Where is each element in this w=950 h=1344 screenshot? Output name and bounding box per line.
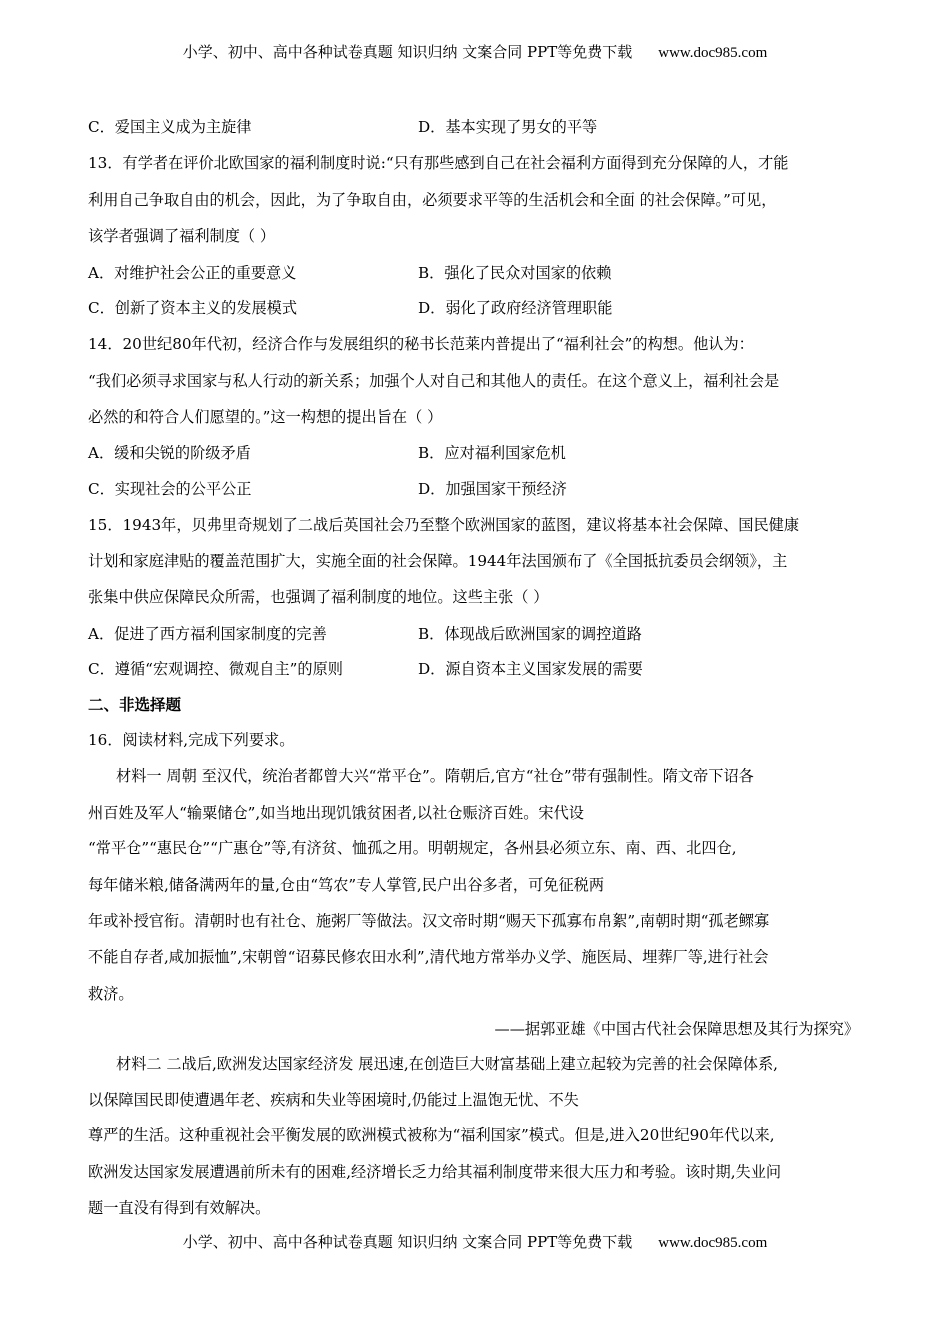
page-header: 小学、初中、高中各种试卷真题 知识归纳 文案合同 PPT等免费下载www.doc… bbox=[0, 41, 950, 62]
q16-material2-line-3: 尊严的生活。这种重视社会平衡发展的欧洲模式被称为“福利国家”模式。但是,进入20… bbox=[88, 1125, 775, 1145]
q13-option-b: B．强化了民众对国家的依赖 bbox=[418, 263, 611, 283]
q13-stem-line-3: 该学者强调了福利制度（ ） bbox=[88, 226, 275, 246]
q16-material2-line-4: 欧洲发达国家发展遭遇前所未有的困难,经济增长乏力给其福利制度带来很大压力和考验。… bbox=[88, 1162, 781, 1182]
q15-option-d: D．源自资本主义国家发展的需要 bbox=[418, 659, 643, 679]
q15-stem-line-1: 15．1943年，贝弗里奇规划了二战后英国社会乃至整个欧洲国家的蓝图，建议将基本… bbox=[88, 515, 799, 535]
q16-material1-line-5: 年或补授官衔。清朝时也有社仓、施粥厂等做法。汉文帝时期“赐天下孤寡布帛絮”,南朝… bbox=[88, 911, 769, 931]
q16-intro: 16．阅读材料,完成下列要求。 bbox=[88, 730, 294, 750]
q16-material1-source: ——据郭亚雄《中国古代社会保障思想及其行为探究》 bbox=[495, 1019, 860, 1039]
section-title: 二、非选择题 bbox=[88, 695, 181, 715]
q16-material2-line-2: 以保障国民即使遭遇年老、疾病和失业等困境时,仍能过上温饱无忧、不失 bbox=[88, 1090, 579, 1110]
q13-option-d: D．弱化了政府经济管理职能 bbox=[418, 298, 612, 318]
page-footer: 小学、初中、高中各种试卷真题 知识归纳 文案合同 PPT等免费下载www.doc… bbox=[0, 1231, 950, 1252]
q15-stem-line-3: 张集中供应保障民众所需，也强调了福利制度的地位。这些主张（ ） bbox=[88, 587, 548, 607]
q13-stem-line-1: 13．有学者在评价北欧国家的福利制度时说:“只有那些感到自己在社会福利方面得到充… bbox=[88, 153, 788, 173]
q16-material1-line-7: 救济。 bbox=[88, 984, 134, 1004]
q12-option-c: C．爱国主义成为主旋律 bbox=[88, 117, 252, 137]
q14-option-d: D．加强国家干预经济 bbox=[418, 479, 567, 499]
q13-option-a: A．对维护社会公正的重要意义 bbox=[88, 263, 296, 283]
q14-option-b: B．应对福利国家危机 bbox=[418, 443, 566, 463]
q16-material1-line-1: 材料一 周朝 至汉代，统治者都曾大兴“常平仓”。隋朝后,官方“社仓”带有强制性。… bbox=[116, 766, 754, 786]
q16-material1-line-6: 不能自存者,咸加振恤”,宋朝曾“诏募民修农田水利”,清代地方常举办义学、施医局、… bbox=[88, 947, 768, 967]
q15-option-b: B．体现战后欧洲国家的调控道路 bbox=[418, 624, 642, 644]
q16-material2-line-1: 材料二 二战后,欧洲发达国家经济发 展迅速,在创造巨大财富基础上建立起较为完善的… bbox=[116, 1054, 778, 1074]
footer-text: 小学、初中、高中各种试卷真题 知识归纳 文案合同 PPT等免费下载 bbox=[183, 1233, 633, 1251]
q16-material1-line-2: 州百姓及军人“输粟储仓”,如当地出现饥饿贫困者,以社仓赈济百姓。宋代设 bbox=[88, 803, 584, 823]
q14-stem-line-3: 必然的和符合人们愿望的。”这一构想的提出旨在（ ） bbox=[88, 407, 442, 427]
q16-material1-line-4: 每年储米粮,储备满两年的量,仓由“笃农”专人掌管,民户出谷多者，可免征税两 bbox=[88, 875, 604, 895]
header-text: 小学、初中、高中各种试卷真题 知识归纳 文案合同 PPT等免费下载 bbox=[183, 43, 633, 61]
q16-material2-line-5: 题一直没有得到有效解决。 bbox=[88, 1198, 270, 1218]
q14-stem-line-1: 14．20世纪80年代初，经济合作与发展组织的秘书长范莱内普提出了“福利社会”的… bbox=[88, 334, 754, 354]
q12-option-d: D．基本实现了男女的平等 bbox=[418, 117, 597, 137]
q14-stem-line-2: “我们必须寻求国家与私人行动的新关系；加强个人对自己和其他人的责任。在这个意义上… bbox=[88, 371, 779, 391]
footer-site-link[interactable]: www.doc985.com bbox=[658, 1235, 767, 1251]
q15-option-c: C．遵循“宏观调控、微观自主”的原则 bbox=[88, 659, 343, 679]
q13-option-c: C．创新了资本主义的发展模式 bbox=[88, 298, 297, 318]
q15-stem-line-2: 计划和家庭津贴的覆盖范围扩大，实施全面的社会保障。1944年法国颁布了《全国抵抗… bbox=[88, 551, 787, 571]
q14-option-a: A．缓和尖锐的阶级矛盾 bbox=[88, 443, 251, 463]
q14-option-c: C．实现社会的公平公正 bbox=[88, 479, 252, 499]
header-site-link[interactable]: www.doc985.com bbox=[658, 45, 767, 61]
q16-material1-line-3: “常平仓”“惠民仓”“广惠仓”等,有济贫、恤孤之用。明朝规定，各州县必须立东、南… bbox=[88, 838, 737, 858]
q13-stem-line-2: 利用自己争取自由的机会，因此，为了争取自由，必须要求平等的生活机会和全面 的社会… bbox=[88, 190, 776, 210]
q15-option-a: A．促进了西方福利国家制度的完善 bbox=[88, 624, 327, 644]
